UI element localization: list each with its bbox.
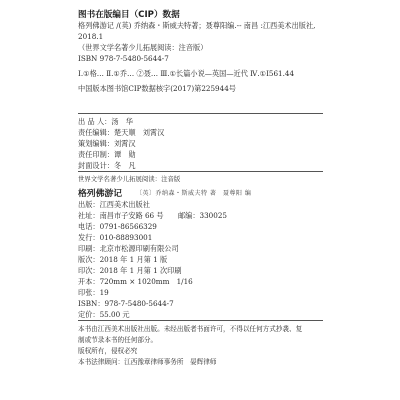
cip-line: 2018.1 (78, 32, 103, 41)
notice-line: 本书法律顾问：江西豫章律师事务所 晏辉律师 (78, 358, 216, 367)
credit-line: 责任印制：谭 勋 (78, 150, 136, 159)
pub-line: 版次：2018 年 1 月第 1 版 (78, 255, 167, 264)
pub-line: 发行：010-88893001 (78, 233, 152, 242)
pub-line: 印次：2018 年 1 月第 1 次印刷 (78, 266, 182, 275)
pub-line: 电话：0791-86566329 (78, 222, 157, 231)
notice-line: 本书由江西美术出版社出版。未经出版者书面许可，不得以任何方式抄袭、复 (78, 325, 302, 334)
copyright-page: 图书在版编目（CIP）数据 格列佛游记 /(英) 乔纳森・斯威夫特著；聂尊阳编.… (0, 0, 400, 400)
cip-heading: 图书在版编目（CIP）数据 (78, 8, 180, 20)
cip-line: 中国版本图书馆CIP数据核字(2017)第225944号 (78, 84, 236, 93)
pub-line: 开本：720mm × 1020mm 1/16 (78, 277, 193, 286)
credit-line: 封面设计：冬 凡 (78, 161, 136, 170)
notice-line: 版权所有，侵权必究 (78, 347, 137, 356)
pub-line: 印张：19 (78, 288, 109, 297)
book-author: 〔英〕乔纳森・斯威夫特 著 聂尊阳 编 (136, 188, 251, 197)
divider (78, 113, 323, 114)
pub-line: 定价：55.00 元 (78, 310, 130, 319)
credit-line: 策划编辑：刘霄汉 (78, 139, 136, 148)
divider (78, 171, 323, 172)
pub-line: 社址：南昌市子安路 66 号 邮编：330025 (78, 211, 227, 220)
series-name: 世界文学名著少儿拓展阅读：注音版 (78, 175, 180, 184)
cip-line: Ⅰ.①格… Ⅱ.①乔… ②聂… Ⅲ.①长篇小说—英国—近代 Ⅳ.①I561.44 (78, 69, 294, 78)
notice-line: 制或节录本书的任何部分。 (78, 336, 157, 345)
credit-line: 责任编辑：楚天顺 刘霄汉 (78, 128, 164, 137)
pub-line: ISBN：978-7-5480-5644-7 (78, 299, 174, 308)
cip-line: 格列佛游记 /(英) 乔纳森・斯威夫特著；聂尊阳编.-- 南昌 :江西美术出版社… (78, 21, 315, 30)
divider (78, 320, 323, 321)
credit-line: 出 品 人：汤 华 (78, 117, 133, 126)
cip-line: ISBN 978-7-5480-5644-7 (78, 54, 169, 63)
cip-line: （世界文学名著少儿拓展阅读：注音版） (78, 43, 207, 52)
book-title: 格列佛游记 (78, 186, 122, 199)
pub-line: 印刷：北京市松源印刷有限公司 (78, 244, 179, 253)
pub-line: 出版：江西美术出版社 (78, 200, 150, 209)
